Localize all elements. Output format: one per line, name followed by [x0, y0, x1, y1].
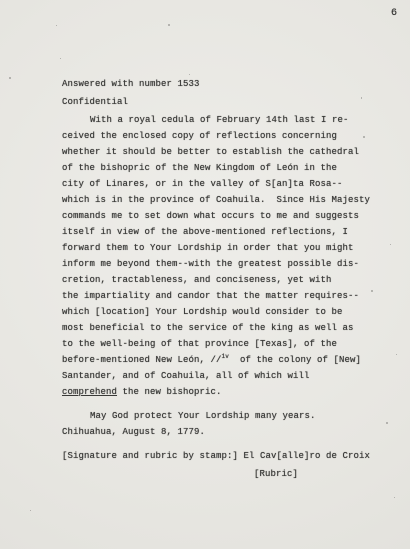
paragraph-line: commands me to set down what occurs to m… — [62, 208, 392, 224]
paragraph-line: ceived the enclosed copy of reflections … — [62, 128, 392, 144]
letter-body: Answered with number 1533 Confidential W… — [62, 76, 392, 482]
paper-speck — [56, 25, 57, 26]
paper-speck — [60, 58, 61, 59]
paragraph-line-with-folio-marker: before-mentioned New León, //1v of the c… — [62, 352, 392, 368]
paper-speck — [189, 74, 190, 75]
classification-label: Confidential — [62, 94, 392, 110]
paragraph-line: whether it should be better to establish… — [62, 144, 392, 160]
folio-line-after: of the colony of [New] — [229, 355, 361, 365]
paper-speck — [394, 497, 395, 498]
paper-speck — [396, 354, 397, 355]
paragraph-line: which [location] Your Lordship would con… — [62, 304, 392, 320]
paragraph-line: itself in view of the above-mentioned re… — [62, 224, 392, 240]
closing-line-rest: the new bishopric. — [117, 387, 222, 397]
paragraph-line: which is in the province of Coahuila. Si… — [62, 192, 392, 208]
paragraph-line: inform me beyond them--with the greatest… — [62, 256, 392, 272]
scanned-document-page: 6 Answered with number 1533 Confidential… — [0, 0, 410, 549]
paper-speck — [9, 77, 11, 79]
paragraph-line: forward them to Your Lordship in order t… — [62, 240, 392, 256]
paper-speck — [30, 510, 31, 511]
rubric-note: [Rubric] — [62, 466, 392, 482]
paragraph-line: to the well-being of that province [Texa… — [62, 336, 392, 352]
paper-speck — [168, 24, 170, 26]
paragraph-line: most beneficial to the service of the ki… — [62, 320, 392, 336]
paragraph-line: the impartiality and candor that the mat… — [62, 288, 392, 304]
folio-marker: 1v — [222, 353, 229, 360]
paragraph-line: cretion, tractableness, and conciseness,… — [62, 272, 392, 288]
valediction: May God protect Your Lordship many years… — [62, 408, 392, 424]
paragraph-line: With a royal cedula of February 14th las… — [62, 112, 392, 128]
paragraph-closing-line: comprehend the new bishopric. — [62, 384, 392, 400]
folio-line-before: before-mentioned New León, // — [62, 355, 222, 365]
archival-annotation: Answered with number 1533 — [62, 76, 392, 92]
page-number: 6 — [391, 8, 397, 19]
paragraph-line: Santander, and of Coahuila, all of which… — [62, 368, 392, 384]
underlined-word: comprehend — [62, 387, 117, 397]
paragraph-line: city of Linares, or in the valley of S[a… — [62, 176, 392, 192]
dateline: Chihuahua, August 8, 1779. — [62, 424, 392, 440]
signature-line: [Signature and rubric by stamp:] El Cav[… — [62, 448, 392, 464]
paragraph-line: of the bishopric of the New Kingdom of L… — [62, 160, 392, 176]
